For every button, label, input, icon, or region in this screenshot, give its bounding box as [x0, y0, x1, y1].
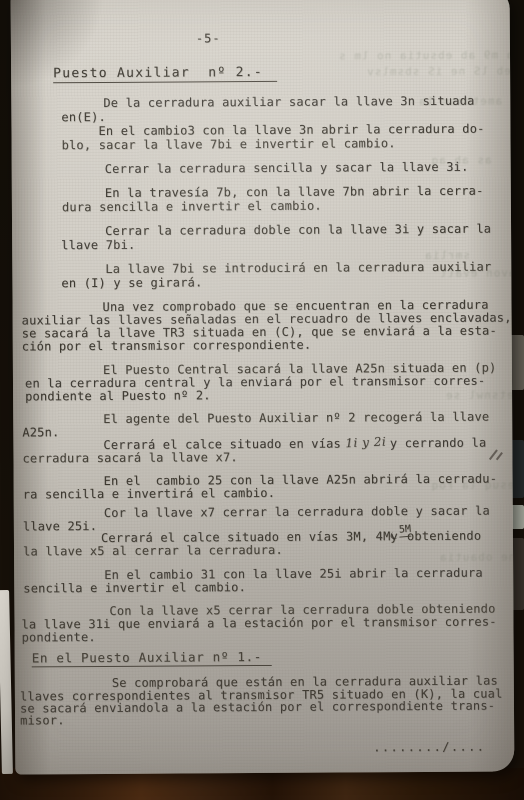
pen-scratch-mark [492, 448, 508, 464]
text-line: pondiente al Puesto nº 2. [25, 389, 211, 403]
document-page: abuel a m9 ab ebsutia no lm s sobsdmqa e… [11, 0, 515, 775]
text-line: Cerrar la cerradura doble con la llave 3… [105, 223, 491, 238]
section-heading-puesto-2: Puesto Auxiliar nº 2.- [53, 66, 277, 80]
underlying-page-edge [0, 590, 13, 774]
text-line: la llave x5 al cerrar la cerradura. [23, 544, 283, 559]
handwritten-insertion: 1i y 2i [345, 436, 386, 451]
bleed-through-text: sobsdmqa eb lS ne iS sbsmlsv [366, 64, 514, 78]
page-number: -5- [196, 32, 221, 45]
heading-underline: En el Puesto Auxiliar nº 1.- [32, 649, 272, 667]
text-line: ción por el transmisor correspondiente. [22, 339, 312, 354]
text-line: dura sencilla e invertir el cambio. [62, 200, 322, 215]
text-line: De la cerradura auxiliar sacar la llave … [103, 95, 474, 110]
text-line: en(E). [61, 111, 106, 124]
heading-underline: Puesto Auxiliar nº 2.- [53, 65, 277, 83]
superscript-insertion: 5M [398, 523, 411, 538]
text-line: se sacará enviandola a la estación por e… [20, 700, 495, 716]
text-line: llave 7bi. [61, 239, 135, 252]
text-line: Cor la llave x7 cerrar la cerradura dobl… [104, 505, 490, 520]
text-line: Cerrar la cerradura sencilla y sacar la … [105, 161, 469, 176]
text-line: En el cambio3 con la llave 3n abrir la c… [98, 123, 484, 138]
photo-background: abuel a m9 ab ebsutia no lm s sobsdmqa e… [0, 0, 524, 800]
text-line: cerradura sacará la llave x7. [22, 451, 237, 465]
text-line: En la travesía 7b, con la llave 7bn abri… [105, 185, 484, 200]
text-line: misor. [20, 714, 65, 727]
bleed-through-text: ne obautia [439, 550, 514, 563]
section-heading-puesto-1: En el Puesto Auxiliar nº 1.- [32, 650, 272, 665]
continuation-marks: ......../.... [373, 741, 485, 755]
text-line: en (I) y se girará. [61, 276, 202, 290]
typed-text: y cerrando la [390, 436, 487, 451]
text-line: El agente del Puesto Auxiliar nº 2 recog… [103, 411, 489, 426]
text-line: llave 25i. [23, 520, 97, 533]
typed-text: obteniendo [407, 529, 481, 543]
text-line: La llave 7bi se introducirá en la cerrad… [105, 261, 491, 276]
text-line: ra sencilla e invertirá el cambio. [23, 487, 276, 502]
bleed-through-text: betsnwl se [445, 388, 514, 401]
pen-mark-over-text: y [390, 529, 398, 543]
text-line: A25n. [22, 426, 59, 439]
text-line: pondiente. [22, 631, 96, 644]
text-line: blo, sacar la llave 7bi e invertir el ca… [62, 137, 396, 152]
text-line: sencilla e invertir el cambio. [23, 581, 246, 595]
bleed-through-text: abuel a m9 ab ebsutia no lm s [338, 48, 514, 62]
